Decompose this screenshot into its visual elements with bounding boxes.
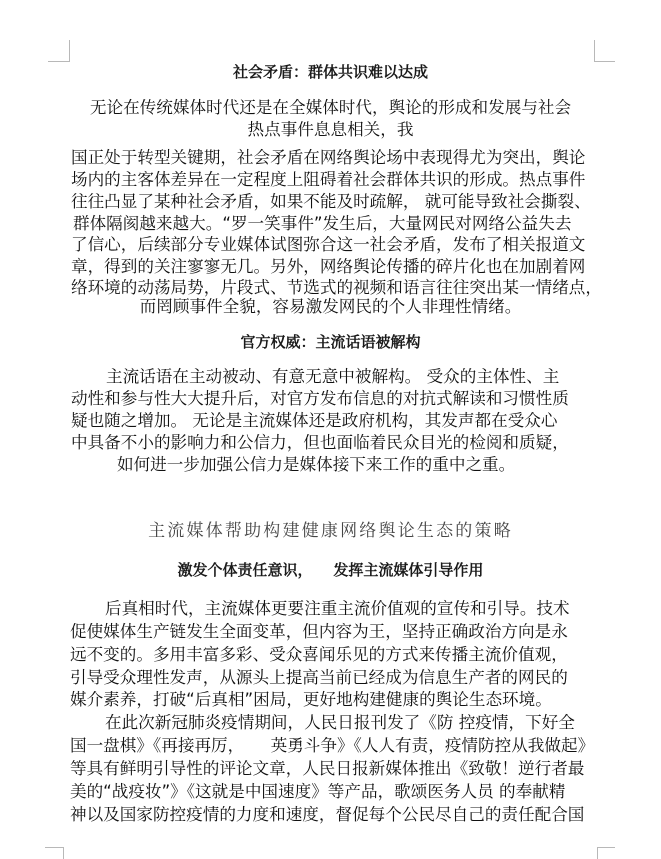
paragraph-line: 动性和参与性大大提升后，对官方发布信息的对抗式解读和习惯性质 bbox=[71, 389, 569, 409]
crop-mark-bottom-right-v bbox=[597, 847, 598, 859]
paragraph-line: 主流话语在主动被动、有意无意中被解构。 受众的主体性、主 bbox=[106, 367, 559, 387]
chapter-title: 主流媒体帮助构建健康网络舆论生态的策略 bbox=[0, 520, 661, 542]
crop-mark-bottom-right-h bbox=[597, 847, 615, 848]
paragraph-line: 如何进一步加强公信力是媒体接下来工作的重中之重。 bbox=[117, 455, 515, 475]
paragraph-line: 往往凸显了某种社会矛盾，如果不能及时疏解， 就可能导致社会撕裂、 bbox=[71, 192, 591, 212]
section-heading-social-conflict: 社会矛盾：群体共识难以达成 bbox=[0, 62, 661, 82]
paragraph-line: 等具有鲜明引导性的评论文章，人民日报新媒体推出《致敬！逆行者最 bbox=[70, 759, 584, 779]
paragraph-line: 热点事件息息相关，我 bbox=[0, 120, 661, 140]
paragraph-line: 引导受众理性发声，从源头上提高当前已经成为信息生产者的网民的 bbox=[70, 668, 568, 688]
paragraph-line: 无论在传统媒体时代还是在全媒体时代，舆论的形成和发展与社会 bbox=[0, 98, 661, 118]
crop-mark-top-right-v bbox=[594, 40, 595, 62]
paragraph-line: 神以及国家防控疫情的力度和速度，督促每个公民尽自己的责任配合国 bbox=[70, 805, 584, 825]
paragraph-line: 国一盘棋》《再接再厉， 英勇斗争》《人人有责，疫情防控从我做起》 bbox=[70, 736, 594, 756]
paragraph-line: 章，得到的关注寥寥无几。另外，网络舆论传播的碎片化也在加剧着网 bbox=[71, 257, 585, 277]
paragraph-line: 远不变的。多用丰富多彩、受众喜闻乐见的方式来传播主流价值观， bbox=[70, 645, 568, 665]
paragraph-line: 场内的主客体差异在一定程度上阻碍着社会群体共识的形成。热点事件 bbox=[71, 170, 585, 190]
document-page: 社会矛盾：群体共识难以达成 无论在传统媒体时代还是在全媒体时代，舆论的形成和发展… bbox=[0, 0, 661, 859]
paragraph-line: 络环境的动荡局势，片段式、节选式的视频和语言往往突出某一情绪点， bbox=[71, 278, 602, 298]
paragraph-line: 群体隔阂越来越大。“罗一笑事件”发生后，大量网民对网络公益失去 bbox=[73, 214, 571, 234]
crop-mark-bottom-left-h bbox=[45, 847, 64, 848]
paragraph-line: 在此次新冠肺炎疫情期间，人民日报刊发了《防 控疫情，下好全 bbox=[105, 713, 575, 733]
section-heading-official-authority: 官方权威：主流话语被解构 bbox=[0, 332, 661, 352]
paragraph-line: 了信心，后续部分专业媒体试图弥合这一社会矛盾，发布了相关报道文 bbox=[71, 235, 585, 255]
paragraph-line: 后真相时代，主流媒体更要注重主流价值观的宣传和引导。技术 bbox=[105, 599, 570, 619]
subsection-heading: 激发个体责任意识， 发挥主流媒体引导作用 bbox=[0, 560, 661, 580]
paragraph-line: 疑也随之增加。 无论是主流媒体还是政府机构，其发声都在受众心 bbox=[71, 411, 558, 431]
paragraph-line: 促使媒体生产链发生全面变革，但内容为王，坚持正确政治方向是永 bbox=[70, 622, 568, 642]
paragraph-line: 国正处于转型关键期，社会矛盾在网络舆论场中表现得尤为突出，舆论 bbox=[71, 148, 585, 168]
paragraph-line: 媒介素养，打破“后真相”困局，更好地构建健康的舆论生态环境。 bbox=[70, 690, 552, 710]
crop-mark-bottom-left-v bbox=[63, 847, 64, 859]
crop-mark-top-left-v bbox=[69, 40, 70, 62]
paragraph-line: 而罔顾事件全貌，容易激发网民的个人非理性情绪。 bbox=[0, 297, 661, 317]
paragraph-line: 美的“战疫妆”》《这就是中国速度》等产品，歌颂医务人员 的奉献精 bbox=[70, 782, 565, 802]
paragraph-line: 中具备不小的影响力和公信力，但也面临着民众目光的检阅和质疑， bbox=[71, 433, 569, 453]
